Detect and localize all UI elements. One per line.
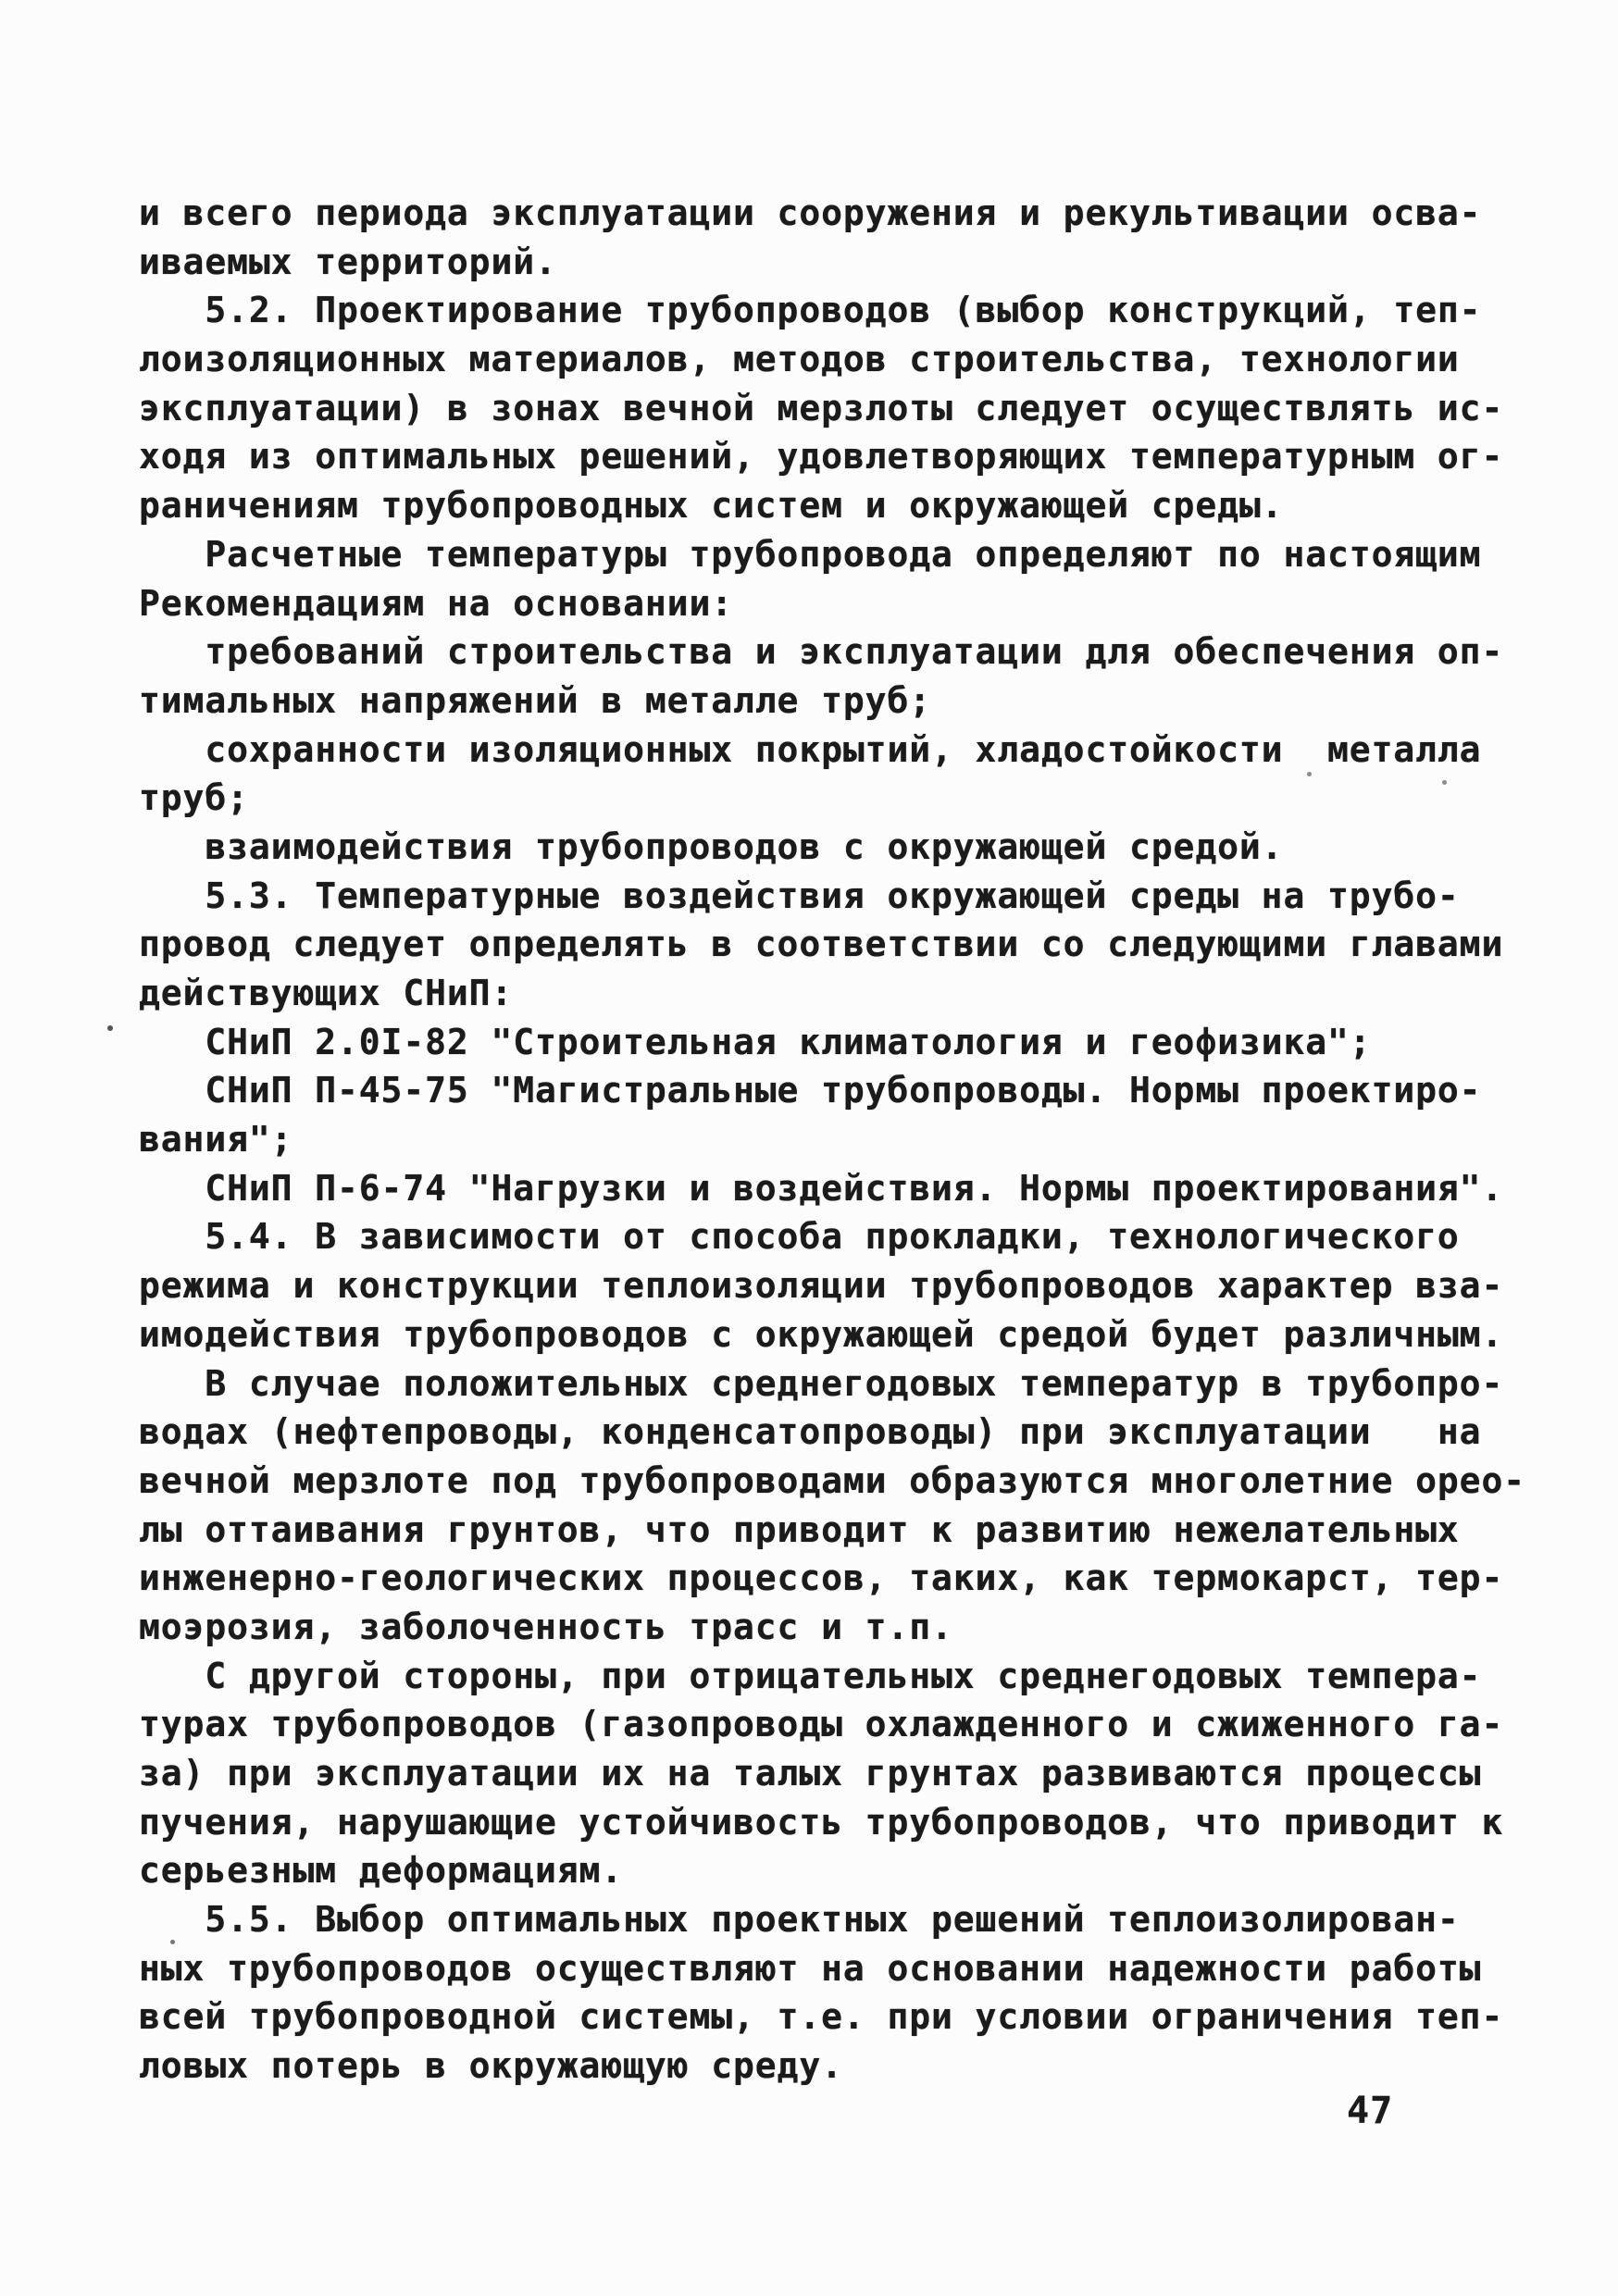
text-line: 5.2. Проектирование трубопроводов (выбор… xyxy=(139,286,1564,335)
document-text: и всего периода эксплуатации сооружения … xyxy=(139,189,1564,2091)
text-line: сохранности изоляционных покрытий, хладо… xyxy=(139,726,1564,775)
text-line: моэрозия, заболоченность трасс и т.п. xyxy=(139,1603,1564,1652)
text-line: иваемых территорий. xyxy=(139,238,1564,287)
text-line: вечной мерзлоте под трубопроводами образ… xyxy=(139,1457,1564,1506)
text-line: Рекомендациям на основании: xyxy=(139,579,1564,628)
text-line: С другой стороны, при отрицательных сред… xyxy=(139,1652,1564,1701)
page-number: 47 xyxy=(1347,2090,1393,2132)
text-line: лоизоляционных материалов, методов строи… xyxy=(139,335,1564,384)
scan-speck xyxy=(1442,780,1447,785)
text-line: ных трубопроводов осуществляют на основа… xyxy=(139,1944,1564,1993)
text-line: лы оттаивания грунтов, что приводит к ра… xyxy=(139,1506,1564,1555)
text-line: СНиП 2.0I-82 "Строительная климатология … xyxy=(139,1018,1564,1067)
text-line: инженерно-геологических процессов, таких… xyxy=(139,1554,1564,1603)
text-line: турах трубопроводов (газопроводы охлажде… xyxy=(139,1700,1564,1749)
text-line: и всего периода эксплуатации сооружения … xyxy=(139,189,1564,238)
text-line: взаимодействия трубопроводов с окружающе… xyxy=(139,823,1564,872)
text-line: СНиП П-45-75 "Магистральные трубопроводы… xyxy=(139,1066,1564,1115)
document-page: и всего периода эксплуатации сооружения … xyxy=(0,0,1618,2296)
text-line: ловых потерь в окружающую среду. xyxy=(139,2042,1564,2091)
text-line: раничениям трубопроводных систем и окруж… xyxy=(139,481,1564,530)
text-line: 5.5. Выбор оптимальных проектных решений… xyxy=(139,1895,1564,1944)
text-line: вания"; xyxy=(139,1115,1564,1164)
text-line: за) при эксплуатации их на талых грунтах… xyxy=(139,1749,1564,1798)
text-line: труб; xyxy=(139,774,1564,823)
text-line: 5.3. Температурные воздействия окружающе… xyxy=(139,872,1564,921)
text-line: ходя из оптимальных решений, удовлетворя… xyxy=(139,432,1564,481)
text-line: тимальных напряжений в металле труб; xyxy=(139,676,1564,726)
text-line: провод следует определять в соответствии… xyxy=(139,920,1564,969)
text-line: пучения, нарушающие устойчивость трубопр… xyxy=(139,1798,1564,1847)
scan-speck xyxy=(170,1940,175,1944)
text-line: режима и конструкции теплоизоляции трубо… xyxy=(139,1261,1564,1310)
text-line: требований строительства и эксплуатации … xyxy=(139,627,1564,676)
text-line: эксплуатации) в зонах вечной мерзлоты сл… xyxy=(139,384,1564,433)
text-line: действующих СНиП: xyxy=(139,969,1564,1018)
text-line: 5.4. В зависимости от способа прокладки,… xyxy=(139,1212,1564,1261)
text-line: В случае положительных среднегодовых тем… xyxy=(139,1359,1564,1409)
scan-speck xyxy=(1307,772,1312,776)
text-line: всей трубопроводной системы, т.е. при ус… xyxy=(139,1992,1564,2042)
text-line: серьезным деформациям. xyxy=(139,1846,1564,1895)
text-line: имодействия трубопроводов с окружающей с… xyxy=(139,1310,1564,1359)
text-line: СНиП П-6-74 "Нагрузки и воздействия. Нор… xyxy=(139,1164,1564,1213)
scan-speck xyxy=(107,1025,113,1031)
text-line: Расчетные температуры трубопровода опред… xyxy=(139,530,1564,579)
text-line: водах (нефтепроводы, конденсатопроводы) … xyxy=(139,1408,1564,1457)
